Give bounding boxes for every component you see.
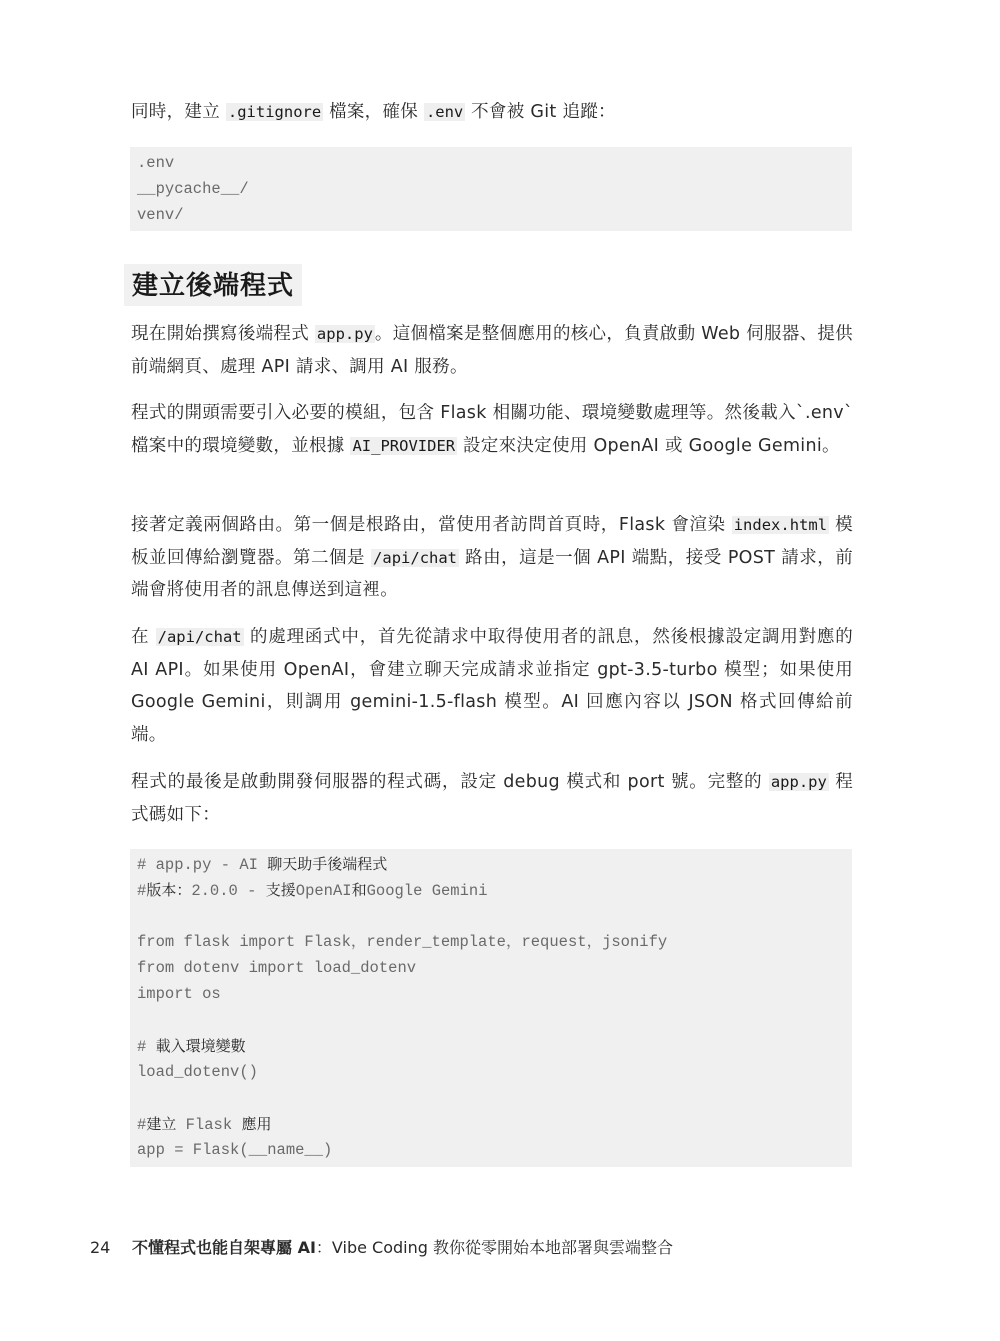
code-line: from dotenv import load_dotenv <box>137 955 852 981</box>
code-line: __pycache__/ <box>137 176 852 202</box>
code-line: venv/ <box>137 202 852 228</box>
intro-paragraph: 同時，建立 .gitignore 檔案，確保 .env 不會被 Git 追蹤： <box>131 96 853 129</box>
inline-code-gitignore: .gitignore <box>226 103 323 121</box>
paragraph-4: 在 /api/chat 的處理函式中，首先從請求中取得使用者的訊息，然後根據設定… <box>131 621 853 751</box>
code-line <box>137 1007 852 1033</box>
section-heading: 建立後端程式 <box>124 264 302 306</box>
paragraph-1: 現在開始撰寫後端程式 app.py。這個檔案是整個應用的核心，負責啟動 Web … <box>131 318 853 383</box>
code-line: import os <box>137 981 852 1007</box>
paragraph-2: 程式的開頭需要引入必要的模組，包含 Flask 相關功能、環境變數處理等。然後載… <box>131 397 853 462</box>
inline-code-api-chat: /api/chat <box>156 628 244 646</box>
book-title: 不懂程式也能自架專屬 AI <box>132 1238 316 1257</box>
code-line: #版本：2.0.0 - 支援OpenAI和Google Gemini <box>137 877 852 903</box>
inline-code-env: .env <box>424 103 465 121</box>
code-line: # 載入環境變數 <box>137 1033 852 1059</box>
code-line: from flask import Flask，render_template，… <box>137 929 852 955</box>
page-footer: 24不懂程式也能自架專屬 AI：Vibe Coding 教你從零開始本地部署與雲… <box>90 1236 673 1260</box>
code-line <box>137 903 852 929</box>
code-line <box>137 1085 852 1111</box>
inline-code-index-html: index.html <box>732 516 829 534</box>
inline-code-app-py: app.py <box>769 773 829 791</box>
page-number: 24 <box>90 1236 132 1260</box>
code-line: load_dotenv() <box>137 1059 852 1085</box>
code-line: .env <box>137 150 852 176</box>
book-page: 同時，建立 .gitignore 檔案，確保 .env 不會被 Git 追蹤： … <box>0 0 1000 1341</box>
code-line: app = Flask(__name__) <box>137 1137 852 1163</box>
inline-code-app-py: app.py <box>315 325 375 343</box>
code-line: #建立 Flask 應用 <box>137 1111 852 1137</box>
gitignore-code-block: .env __pycache__/ venv/ <box>130 147 852 231</box>
code-line: # app.py - AI 聊天助手後端程式 <box>137 851 852 877</box>
app-py-code-block: # app.py - AI 聊天助手後端程式 #版本：2.0.0 - 支援Ope… <box>130 849 852 1167</box>
inline-code-ai-provider: AI_PROVIDER <box>350 437 457 455</box>
paragraph-5: 程式的最後是啟動開發伺服器的程式碼，設定 debug 模式和 port 號。完整… <box>131 766 853 831</box>
inline-code-api-chat: /api/chat <box>371 549 459 567</box>
paragraph-3: 接著定義兩個路由。第一個是根路由，當使用者訪問首頁時，Flask 會渲染 ind… <box>131 509 853 607</box>
book-subtitle: ：Vibe Coding 教你從零開始本地部署與雲端整合 <box>316 1238 673 1257</box>
